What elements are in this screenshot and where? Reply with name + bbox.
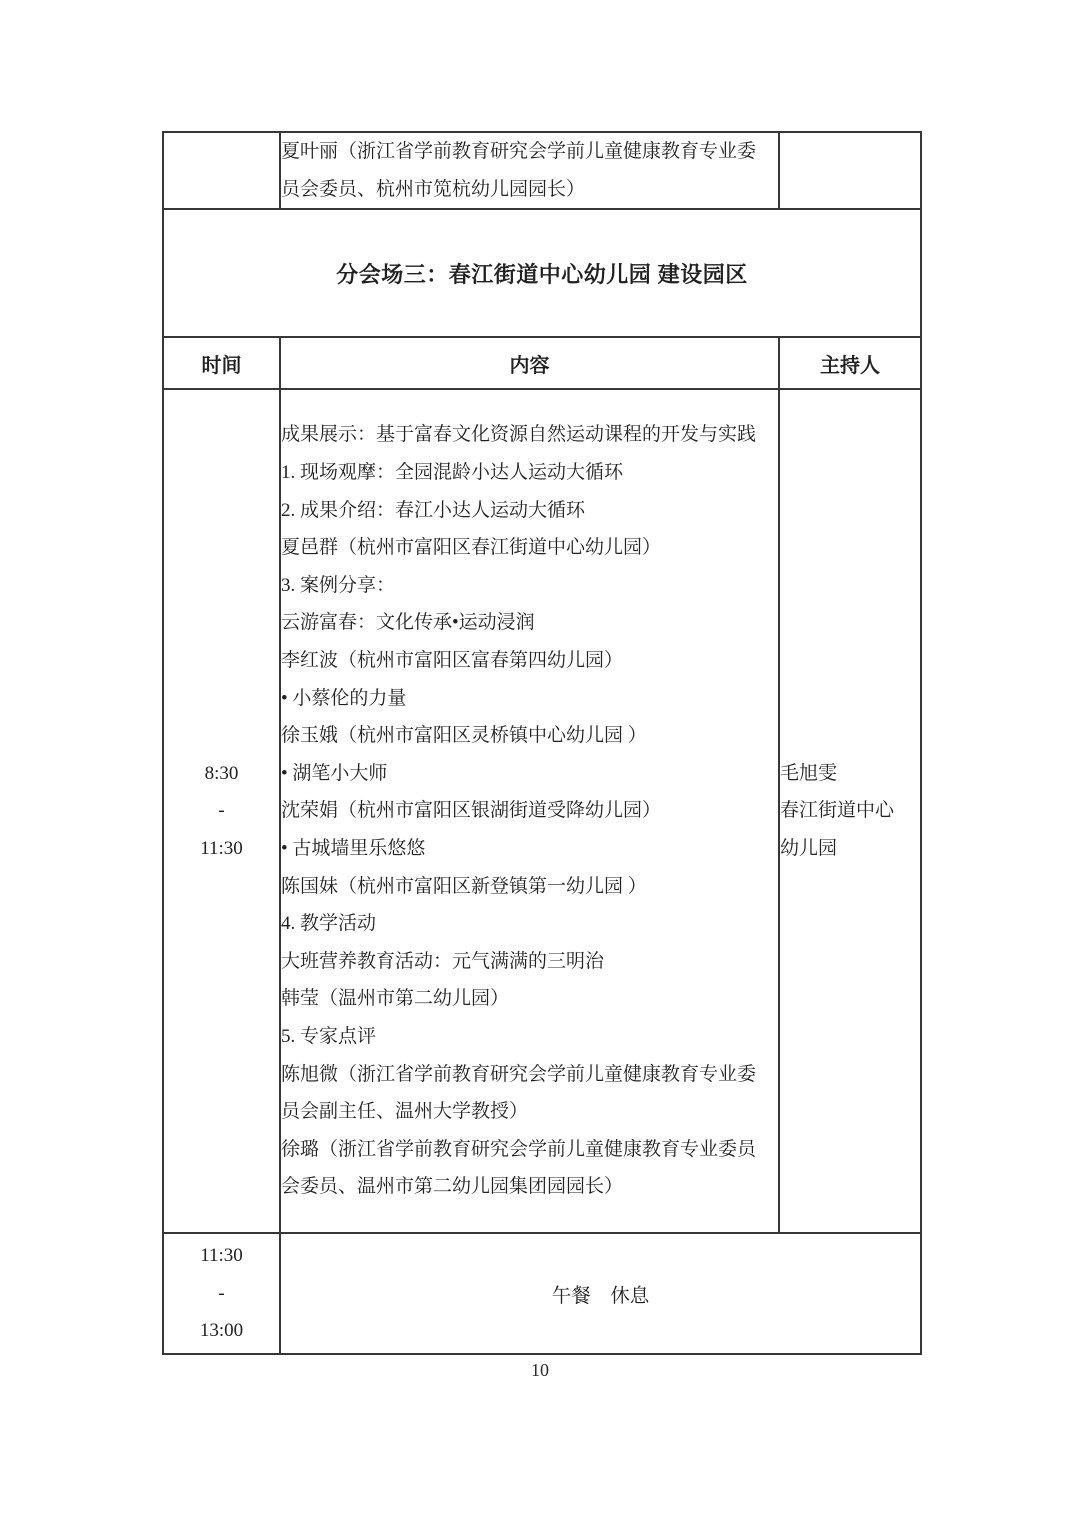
text-line: 1. 现场观摩：全园混龄小达人运动大循环 [281, 454, 778, 492]
text-line: • 古城墙里乐悠悠 [281, 830, 778, 868]
text-line: 2. 成果介绍：春江小达人运动大循环 [281, 492, 778, 530]
text-line: 11:30 [164, 1237, 279, 1275]
agenda-table: 夏叶丽（浙江省学前教育研究会学前儿童健康教育专业委员会委员、杭州市笕杭幼儿园园长… [162, 131, 922, 1355]
page-number: 10 [0, 1360, 1080, 1381]
header-time: 时间 [163, 337, 280, 389]
text-line: 大班营养教育活动：元气满满的三明治 [281, 943, 778, 981]
continuation-time-cell-empty [163, 132, 280, 209]
text-line: 春江街道中心 [780, 792, 920, 830]
text-line: 夏叶丽（浙江省学前教育研究会学前儿童健康教育专业委 [281, 133, 778, 171]
text-line: 8:30 [164, 755, 279, 793]
session-host-cell: 毛旭雯春江街道中心幼儿园 [779, 389, 921, 1233]
lunch-label: 午餐 休息 [280, 1233, 921, 1354]
section-title: 分会场三：春江街道中心幼儿园 建设园区 [163, 209, 921, 337]
text-line: 毛旭雯 [780, 755, 920, 793]
lunch-time-cell: 11:30-13:00 [163, 1233, 280, 1354]
text-line: 13:00 [164, 1312, 279, 1350]
text-line: • 湖笔小大师 [281, 755, 778, 793]
section-title-row: 分会场三：春江街道中心幼儿园 建设园区 [163, 209, 921, 337]
text-line: 员会副主任、温州大学教授） [281, 1093, 778, 1131]
text-line: 徐璐（浙江省学前教育研究会学前儿童健康教育专业委员 [281, 1131, 778, 1169]
text-line: 夏邑群（杭州市富阳区春江街道中心幼儿园） [281, 529, 778, 567]
session-row: 8:30-11:30 成果展示：基于富春文化资源自然运动课程的开发与实践1. 现… [163, 389, 921, 1233]
text-line: 员会委员、杭州市笕杭幼儿园园长） [281, 171, 778, 209]
text-line: 陈国妹（杭州市富阳区新登镇第一幼儿园 ） [281, 868, 778, 906]
text-line: - [164, 1275, 279, 1313]
header-host: 主持人 [779, 337, 921, 389]
text-line: 成果展示：基于富春文化资源自然运动课程的开发与实践 [281, 416, 778, 454]
text-line: 5. 专家点评 [281, 1018, 778, 1056]
session-time-cell: 8:30-11:30 [163, 389, 280, 1233]
text-line: • 小蔡伦的力量 [281, 680, 778, 718]
continuation-content-cell: 夏叶丽（浙江省学前教育研究会学前儿童健康教育专业委员会委员、杭州市笕杭幼儿园园长… [280, 132, 779, 209]
continuation-row: 夏叶丽（浙江省学前教育研究会学前儿童健康教育专业委员会委员、杭州市笕杭幼儿园园长… [163, 132, 921, 209]
text-line: 陈旭微（浙江省学前教育研究会学前儿童健康教育专业委 [281, 1056, 778, 1094]
text-line: 云游富春：文化传承•运动浸润 [281, 604, 778, 642]
text-line: 3. 案例分享： [281, 567, 778, 605]
lunch-row: 11:30-13:00 午餐 休息 [163, 1233, 921, 1354]
text-line: 幼儿园 [780, 830, 920, 868]
continuation-host-cell-empty [779, 132, 921, 209]
header-content: 内容 [280, 337, 779, 389]
text-line: 11:30 [164, 830, 279, 868]
text-line: 沈荣娟（杭州市富阳区银湖街道受降幼儿园） [281, 792, 778, 830]
text-line: 会委员、温州市第二幼儿园集团园园长） [281, 1168, 778, 1206]
text-line: - [164, 792, 279, 830]
text-line: 李红波（杭州市富阳区富春第四幼儿园） [281, 642, 778, 680]
text-line: 4. 教学活动 [281, 905, 778, 943]
text-line: 徐玉娥（杭州市富阳区灵桥镇中心幼儿园 ） [281, 717, 778, 755]
session-content-cell: 成果展示：基于富春文化资源自然运动课程的开发与实践1. 现场观摩：全园混龄小达人… [280, 389, 779, 1233]
header-row: 时间 内容 主持人 [163, 337, 921, 389]
text-line: 韩莹（温州市第二幼儿园） [281, 980, 778, 1018]
